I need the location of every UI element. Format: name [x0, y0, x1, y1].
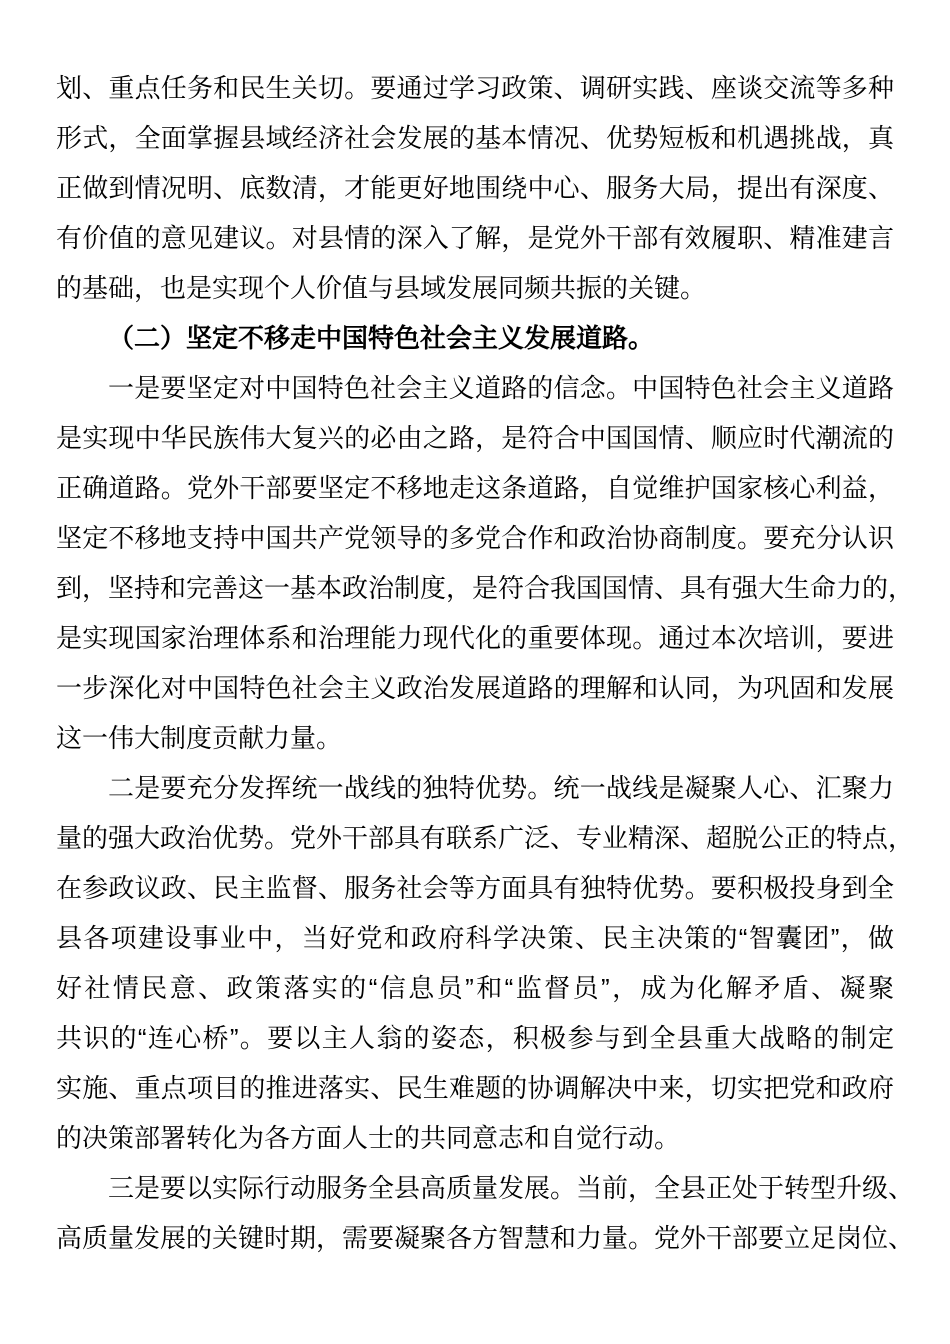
text-line: 的基础，也是实现个人价值与县域发展同频共振的关键。: [56, 263, 894, 313]
text-line: 正确道路。党外干部要坚定不移地走这条道路，自觉维护国家核心利益，: [56, 463, 894, 513]
paragraph-continuation: 划、重点任务和民生关切。要通过学习政策、调研实践、座谈交流等多种形式，全面掌握县…: [56, 63, 894, 313]
text-line: 一是要坚定对中国特色社会主义道路的信念。中国特色社会主义道路: [56, 363, 894, 413]
document-body: 划、重点任务和民生关切。要通过学习政策、调研实践、座谈交流等多种形式，全面掌握县…: [56, 63, 894, 1263]
paragraph-point-one: 一是要坚定对中国特色社会主义道路的信念。中国特色社会主义道路是实现中华民族伟大复…: [56, 363, 894, 763]
section-heading-two: （二）坚定不移走中国特色社会主义发展道路。: [56, 313, 894, 363]
text-line: 好社情民意、政策落实的“信息员”和“监督员”，成为化解矛盾、凝聚: [56, 963, 894, 1013]
text-line: 三是要以实际行动服务全县高质量发展。当前，全县正处于转型升级、: [56, 1163, 894, 1213]
text-line: 实施、重点项目的推进落实、民生难题的协调解决中来，切实把党和政府: [56, 1063, 894, 1113]
heading-line: （二）坚定不移走中国特色社会主义发展道路。: [56, 313, 894, 363]
document-page: 划、重点任务和民生关切。要通过学习政策、调研实践、座谈交流等多种形式，全面掌握县…: [0, 0, 950, 1344]
text-line: 有价值的意见建议。对县情的深入了解，是党外干部有效履职、精准建言: [56, 213, 894, 263]
text-line: 高质量发展的关键时期，需要凝聚各方智慧和力量。党外干部要立足岗位、: [56, 1213, 894, 1263]
text-line: 在参政议政、民主监督、服务社会等方面具有独特优势。要积极投身到全: [56, 863, 894, 913]
paragraph-point-two: 二是要充分发挥统一战线的独特优势。统一战线是凝聚人心、汇聚力量的强大政治优势。党…: [56, 763, 894, 1163]
text-line: 正做到情况明、底数清，才能更好地围绕中心、服务大局，提出有深度、: [56, 163, 894, 213]
text-line: 共识的“连心桥”。要以主人翁的姿态，积极参与到全县重大战略的制定: [56, 1013, 894, 1063]
text-line: 是实现中华民族伟大复兴的必由之路，是符合中国国情、顺应时代潮流的: [56, 413, 894, 463]
paragraph-point-three: 三是要以实际行动服务全县高质量发展。当前，全县正处于转型升级、高质量发展的关键时…: [56, 1163, 894, 1263]
text-line: 这一伟大制度贡献力量。: [56, 713, 894, 763]
text-line: 二是要充分发挥统一战线的独特优势。统一战线是凝聚人心、汇聚力: [56, 763, 894, 813]
text-line: 形式，全面掌握县域经济社会发展的基本情况、优势短板和机遇挑战，真: [56, 113, 894, 163]
text-line: 坚定不移地支持中国共产党领导的多党合作和政治协商制度。要充分认识: [56, 513, 894, 563]
text-line: 一步深化对中国特色社会主义政治发展道路的理解和认同，为巩固和发展: [56, 663, 894, 713]
text-line: 县各项建设事业中，当好党和政府科学决策、民主决策的“智囊团”，做: [56, 913, 894, 963]
text-line: 划、重点任务和民生关切。要通过学习政策、调研实践、座谈交流等多种: [56, 63, 894, 113]
text-line: 的决策部署转化为各方面人士的共同意志和自觉行动。: [56, 1113, 894, 1163]
text-line: 量的强大政治优势。党外干部具有联系广泛、专业精深、超脱公正的特点，: [56, 813, 894, 863]
text-line: 是实现国家治理体系和治理能力现代化的重要体现。通过本次培训，要进: [56, 613, 894, 663]
text-line: 到，坚持和完善这一基本政治制度，是符合我国国情、具有强大生命力的，: [56, 563, 894, 613]
